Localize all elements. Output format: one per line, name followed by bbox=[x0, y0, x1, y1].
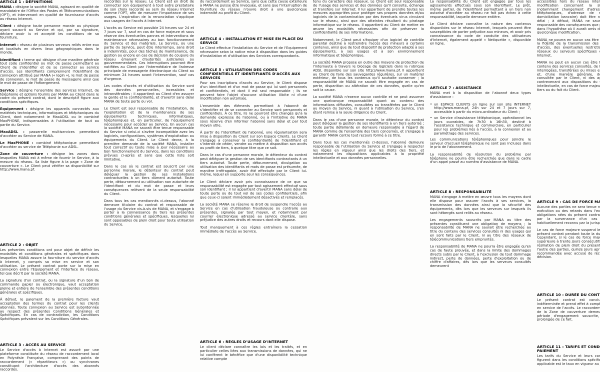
paragraph: Le Client est seul responsable de l'inst… bbox=[104, 107, 194, 162]
paragraph-text: désigne les appareils connectés aux maté… bbox=[0, 107, 99, 127]
article-heading: ARTICLE 8 : RESPONSABILITÉ bbox=[430, 190, 531, 194]
paragraph-text: Le Client effectue l'installation du Ser… bbox=[200, 46, 307, 58]
column-6: accessibles hors du réseau interne de MA… bbox=[537, 0, 600, 372]
paragraph: Aucune des parties ne sera tenue respons… bbox=[537, 206, 600, 225]
text-flow: accessibles hors du réseau interne de MA… bbox=[537, 0, 600, 92]
paragraph: Les tarifs du Service et leurs condition… bbox=[537, 355, 600, 367]
paragraph: tenu du caractère des réseaux. Le Client… bbox=[313, 0, 424, 35]
paragraph-text: MANA met à la disposition de l'abonné de… bbox=[430, 91, 531, 99]
definition-paragraph: Le MaxPHONE : combiné téléphonique perme… bbox=[0, 142, 99, 150]
text-flow: ARTICLE 5 : UTILISATION DES CODES CONFID… bbox=[200, 68, 307, 234]
paragraph-text: MANA ne pourra en aucun cas être tenue r… bbox=[537, 38, 600, 58]
paragraph: Les codes d'accès et d'utilisation du Se… bbox=[104, 84, 194, 103]
text-flow: ARTICLE 2 : OBJETLes présentes condition… bbox=[0, 243, 99, 321]
text-flow: ARTICLE 7 : ASSISTANCEMANA met à la disp… bbox=[430, 86, 531, 165]
paragraph: accessibles hors du réseau interne de MA… bbox=[537, 0, 600, 35]
article-heading: ARTICLE 3 : ACCÈS AU SERVICE bbox=[0, 343, 99, 347]
paragraph-text: tenu du caractère des réseaux. Le Client… bbox=[313, 0, 424, 35]
paragraph-text: Les tarifs du Service et leurs condition… bbox=[537, 354, 600, 366]
paragraph-text: MANA ne peut en aucun cas être tenue res… bbox=[537, 61, 600, 92]
paragraph: MANA s'engage à mettre en œuvre tous les… bbox=[430, 196, 531, 215]
paragraph: Dans le cas d'une personne morale, le dé… bbox=[313, 118, 424, 137]
paragraph: Le client déclare connaître les lois et … bbox=[200, 346, 307, 362]
paragraph-text: Dans tous les cas mentionnés ci-dessus, … bbox=[104, 199, 194, 226]
text-flow: ARTICLE 8 : RESPONSABILITÉMANA s'engage … bbox=[430, 190, 531, 268]
article-heading: ARTICLE 11 : TARIFS ET CONDITIONS DE PAI… bbox=[537, 345, 600, 353]
paragraph: Le présent contrat est conclu pour une d… bbox=[537, 299, 600, 322]
article-heading: ARTICLE 7 : ASSISTANCE bbox=[430, 86, 531, 90]
paragraph: raccordés sur le réseau. Le Client est e… bbox=[104, 0, 194, 23]
bullet-icon: • bbox=[430, 116, 432, 120]
text-flow: ARTICLE 10 : DURÉE DU CONTRATLe présent … bbox=[537, 293, 600, 322]
column-3-segment-4: ARTICLE 6 : RÈGLES D'USAGE D'INTERNETLe … bbox=[200, 340, 307, 372]
column-6-segment-2: ARTICLE 9 : CAS DE FORCE MAJEUREAucune d… bbox=[537, 200, 600, 291]
definition-paragraph: Identifiant : terme qui désigne d'une ma… bbox=[0, 58, 99, 85]
bullet-icon: • bbox=[430, 103, 432, 107]
column-3-segment-1: du raccordement au Service, sans que cet… bbox=[200, 0, 307, 35]
paragraph: Le Service d'accès à Internet est assuré… bbox=[0, 349, 99, 372]
paragraph-text: À partir de l'identifiant de l'abonné, u… bbox=[200, 130, 307, 150]
column-3-segment-3: ARTICLE 5 : UTILISATION DES CODES CONFID… bbox=[200, 68, 307, 338]
paragraph-text: Les codes d'accès et d'utilisation du Se… bbox=[104, 84, 194, 104]
column-6-segment-3: ARTICLE 10 : DURÉE DU CONTRATLe présent … bbox=[537, 293, 600, 343]
article-heading: ARTICLE 2 : OBJET bbox=[0, 243, 99, 247]
paragraph: La société MANA se réserve le droit de s… bbox=[200, 203, 307, 222]
column-1-segment-2: ARTICLE 2 : OBJETLes présentes condition… bbox=[0, 243, 99, 341]
paragraph-text: Les engagements souscrits par MANA au ti… bbox=[430, 218, 531, 241]
article-heading: ARTICLE 4 : INSTALLATION ET MISE EN PLAC… bbox=[200, 37, 307, 45]
paragraph: À défaut, le paiement de la première fac… bbox=[0, 298, 99, 321]
paragraph-text: Aucune des parties ne sera tenue respons… bbox=[537, 205, 600, 225]
text-flow: du raccordement au Service, sans que cet… bbox=[200, 0, 307, 16]
paragraph-text: Le Client déclare avoir pris connaissanc… bbox=[200, 180, 307, 200]
paragraph: Tout manquement à ces règles entraînera … bbox=[200, 226, 307, 234]
paragraph: La responsabilité du Client est engagée … bbox=[430, 0, 531, 19]
paragraph-text: La société MANA se réserve le droit de s… bbox=[200, 203, 307, 223]
paragraph-text: Tout manquement à ces règles entraînera … bbox=[200, 225, 307, 233]
paragraph-text: Le Service d'accès à Internet est assuré… bbox=[0, 348, 99, 371]
bullet-text: un Service d'assistance téléphonique, op… bbox=[434, 116, 531, 136]
definition-paragraph: Internet : réseau de plusieurs serveurs … bbox=[0, 43, 99, 55]
definition-paragraph: Zone de couverture : désigne les zones d… bbox=[0, 153, 99, 172]
text-flow: ARTICLE 11 : TARIFS ET CONDITIONS DE PAI… bbox=[537, 345, 600, 366]
paragraph: La responsabilité de résolution du probl… bbox=[430, 153, 531, 165]
paragraph-text: Dans le cas d'une personne morale, le dé… bbox=[313, 118, 424, 138]
text-flow: ARTICLE 6 : RÈGLES D'USAGE D'INTERNETLe … bbox=[200, 340, 307, 361]
paragraph: L'accès au Service est possible 24 heure… bbox=[104, 27, 194, 82]
paragraph-text: La responsabilité de résolution du probl… bbox=[430, 152, 531, 164]
text-flow: ARTICLE 3 : ACCÈS AU SERVICELe Service d… bbox=[0, 343, 99, 372]
paragraph: MANA ne pourra en aucun cas être tenue r… bbox=[537, 38, 600, 57]
paragraph-text: La responsabilité du Client est engagée … bbox=[430, 0, 531, 19]
column-6-segment-1: accessibles hors du réseau interne de MA… bbox=[537, 0, 600, 198]
column-3: du raccordement au Service, sans que cet… bbox=[200, 0, 307, 372]
column-4-segment-1: tenu du caractère des réseaux. Le Client… bbox=[313, 0, 424, 372]
paragraph: La responsabilité de MANA ne pourra être… bbox=[430, 245, 531, 268]
paragraph: Le Client effectue l'installation du Ser… bbox=[200, 47, 307, 59]
paragraph: L'ensemble des éléments permettant à l'a… bbox=[200, 104, 307, 127]
paragraph-text: Le Client est seul responsable de l'inst… bbox=[104, 107, 194, 162]
paragraph: Le cas de force majeure suspend les obli… bbox=[537, 228, 600, 259]
paragraph-text: La société MANA propose en outre des moy… bbox=[313, 61, 424, 92]
paragraph-text: Le Client déclare connaître la nature de… bbox=[430, 22, 531, 45]
paragraph-text: Le client déclare connaître les lois et … bbox=[200, 345, 307, 361]
column-4: tenu du caractère des réseaux. Le Client… bbox=[313, 0, 424, 372]
paragraph-text: désigne la société MANA, agissant en qua… bbox=[0, 5, 99, 21]
bullet-item: •un Service d'assistance téléphonique, o… bbox=[430, 116, 531, 135]
article-heading: ARTICLE 10 : DURÉE DU CONTRAT bbox=[537, 293, 600, 297]
paragraph: La société MANA propose en outre des moy… bbox=[313, 61, 424, 92]
paragraph-text: Pour ses inscriptions d'accès au Service… bbox=[200, 81, 307, 101]
article-heading: ARTICLE 6 : RÈGLES D'USAGE D'INTERNET bbox=[200, 340, 307, 344]
paragraph: Dans le cas où le contrat est souscrit p… bbox=[104, 165, 194, 196]
paragraph-text: désigne toute personne morale ou physiqu… bbox=[0, 24, 99, 40]
column-1-segment-1: ARTICLE 1 : DÉFINITIONSMANA : désigne la… bbox=[0, 0, 99, 242]
paragraph: Les présentes conditions ont pour objet … bbox=[0, 249, 99, 276]
paragraph: Dans tous les cas mentionnés ci-dessus, … bbox=[313, 141, 424, 160]
paragraph-text: Notamment, le Client peut s'équiper d'un… bbox=[313, 38, 424, 58]
definition-paragraph: Client : désigne toute personne morale o… bbox=[0, 25, 99, 41]
paragraph-text: Le cas de force majeure suspend les obli… bbox=[537, 228, 600, 259]
article-heading: ARTICLE 9 : CAS DE FORCE MAJEURE bbox=[537, 200, 600, 204]
paragraph: La société MANA n'exerce aucun contrôle … bbox=[313, 96, 424, 115]
paragraph-text: La responsabilité de MANA ne pourra être… bbox=[430, 245, 531, 268]
column-5-segment-3: ARTICLE 8 : RESPONSABILITÉMANA s'engage … bbox=[430, 190, 531, 372]
paragraph-text: Dans le cas où le contrat est souscrit p… bbox=[104, 165, 194, 196]
paragraph-text: du raccordement au Service, sans que cet… bbox=[200, 0, 307, 15]
paragraph: Notamment, le Client peut s'équiper d'un… bbox=[313, 38, 424, 57]
column-2-segment-1: raccordés sur le réseau. Le Client est e… bbox=[104, 0, 194, 372]
paragraph-text: L'ensemble des éléments permettant à l'a… bbox=[200, 104, 307, 127]
paragraph-text: Dans le cas d'une personne morale, le dé… bbox=[200, 153, 307, 176]
column-1: ARTICLE 1 : DÉFINITIONSMANA : désigne la… bbox=[0, 0, 99, 372]
text-flow: ARTICLE 9 : CAS DE FORCE MAJEUREAucune d… bbox=[537, 200, 600, 260]
paragraph: Le Client déclare avoir pris connaissanc… bbox=[200, 180, 307, 199]
paragraph: MANA ne peut en aucun cas être tenue res… bbox=[537, 61, 600, 92]
paragraph-text: MANA s'engage à mettre en œuvre tous les… bbox=[430, 195, 531, 215]
paragraph-text: La société MANA n'exerce aucun contrôle … bbox=[313, 95, 424, 115]
paragraph-text: Les présentes conditions ont pour objet … bbox=[0, 248, 99, 275]
paragraph-text: désigne les zones dans lesquelles MANA e… bbox=[0, 152, 99, 172]
article-heading: ARTICLE 5 : UTILISATION DES CODES CONFID… bbox=[200, 68, 307, 80]
text-flow: ARTICLE 4 : INSTALLATION ET MISE EN PLAC… bbox=[200, 37, 307, 58]
paragraph: La signature d'un contrat, ou la signatu… bbox=[0, 279, 99, 295]
definition-paragraph: Service : désigne l'ensemble des service… bbox=[0, 89, 99, 105]
paragraph: Les engagements souscrits par MANA au ti… bbox=[430, 218, 531, 241]
definition-paragraph: MaxADSL : passerelle multiservices perme… bbox=[0, 130, 99, 138]
definition-paragraph: Equipement : désigne les appareils conne… bbox=[0, 108, 99, 127]
column-2: raccordés sur le réseau. Le Client est e… bbox=[104, 0, 194, 372]
text-flow: raccordés sur le réseau. Le Client est e… bbox=[104, 0, 194, 227]
paragraph-text: À défaut, le paiement de la première fac… bbox=[0, 298, 99, 321]
paragraph: À partir de l'identifiant de l'abonné, u… bbox=[200, 131, 307, 150]
paragraph-text: raccordés sur le réseau. Le Client est e… bbox=[104, 0, 194, 23]
paragraph-text: terme qui désigne d'une manière générale… bbox=[0, 58, 99, 85]
legal-document-page: ARTICLE 1 : DÉFINITIONSMANA : désigne la… bbox=[0, 0, 600, 372]
column-1-segment-3: ARTICLE 3 : ACCÈS AU SERVICELe Service d… bbox=[0, 343, 99, 372]
column-6-segment-4: ARTICLE 11 : TARIFS ET CONDITIONS DE PAI… bbox=[537, 345, 600, 372]
definition-paragraph: MANA : désigne la société MANA, agissant… bbox=[0, 6, 99, 22]
paragraph: MANA met à la disposition de l'abonné de… bbox=[430, 92, 531, 100]
bullet-item: •un ESPACE CLIENTS en ligne sur son site… bbox=[430, 103, 531, 115]
paragraph: Dans le cas d'une personne morale, le dé… bbox=[200, 154, 307, 177]
paragraph-text: Le présent contrat est conclu pour une d… bbox=[537, 298, 600, 321]
paragraph-text: Les communications téléphoniques pour jo… bbox=[430, 137, 531, 149]
column-5: La responsabilité du Client est engagée … bbox=[430, 0, 531, 372]
paragraph: Dans tous les cas mentionnés ci-dessus, … bbox=[104, 199, 194, 226]
paragraph: Les communications téléphoniques pour jo… bbox=[430, 138, 531, 150]
text-flow: ARTICLE 1 : DÉFINITIONSMANA : désigne la… bbox=[0, 0, 99, 172]
column-3-segment-2: ARTICLE 4 : INSTALLATION ET MISE EN PLAC… bbox=[200, 37, 307, 66]
paragraph: Le Client déclare connaître la nature de… bbox=[430, 23, 531, 46]
text-flow: tenu du caractère des réseaux. Le Client… bbox=[313, 0, 424, 160]
column-5-segment-1: La responsabilité du Client est engagée … bbox=[430, 0, 531, 84]
text-flow: La responsabilité du Client est engagée … bbox=[430, 0, 531, 46]
article-heading: ARTICLE 1 : DÉFINITIONS bbox=[0, 0, 99, 4]
bullet-text: un ESPACE CLIENTS en ligne sur son site … bbox=[434, 102, 531, 114]
paragraph-text: accessibles hors du réseau interne de MA… bbox=[537, 0, 600, 35]
paragraph: Pour ses inscriptions d'accès au Service… bbox=[200, 82, 307, 101]
paragraph: du raccordement au Service, sans que cet… bbox=[200, 0, 307, 16]
paragraph-text: La signature d'un contrat, ou la signatu… bbox=[0, 279, 99, 295]
column-5-segment-2: ARTICLE 7 : ASSISTANCEMANA met à la disp… bbox=[430, 86, 531, 188]
paragraph-text: L'accès au Service est possible 24 heure… bbox=[104, 26, 194, 81]
paragraph-text: Dans tous les cas mentionnés ci-dessus, … bbox=[313, 141, 424, 161]
